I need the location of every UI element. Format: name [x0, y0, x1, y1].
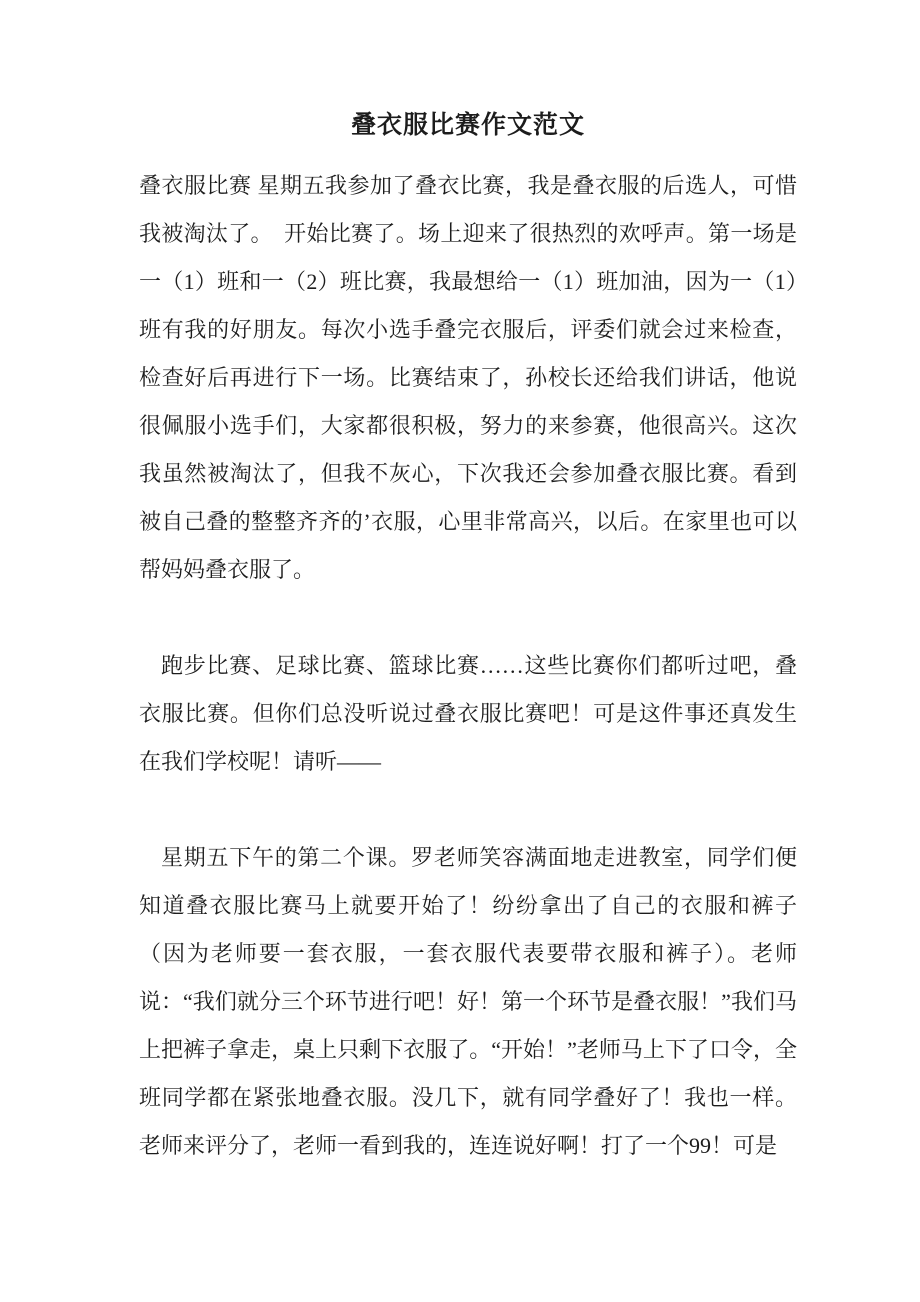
document-body: 叠衣服比赛 星期五我参加了叠衣比赛，我是叠衣服的后选人，可惜我被淘汰了。 开始比…: [139, 162, 797, 1170]
document-page: 叠衣服比赛作文范文 叠衣服比赛 星期五我参加了叠衣比赛，我是叠衣服的后选人，可惜…: [0, 0, 920, 1302]
paragraph-3: 星期五下午的第二个课。罗老师笑容满面地走进教室，同学们便知道叠衣服比赛马上就要开…: [139, 834, 797, 1170]
paragraph-2: 跑步比赛、足球比赛、篮球比赛……这些比赛你们都听过吧，叠衣服比赛。但你们总没听说…: [139, 642, 797, 786]
paragraph-1: 叠衣服比赛 星期五我参加了叠衣比赛，我是叠衣服的后选人，可惜我被淘汰了。 开始比…: [139, 162, 797, 594]
document-title: 叠衣服比赛作文范文: [139, 108, 797, 144]
